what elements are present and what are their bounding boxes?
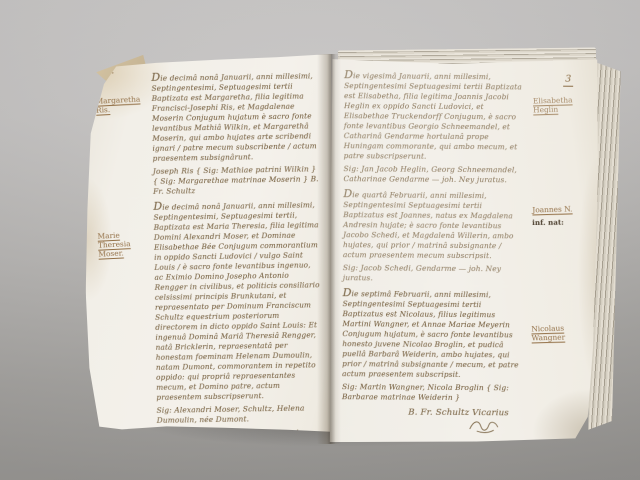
margin-note: Nicolaus Wangner	[531, 323, 589, 343]
margin-note: Marie Theresia Moser.	[97, 229, 154, 259]
entry-body-column: Die quartâ Februarii, anni millesimi, Se…	[343, 189, 529, 289]
photograph-of-manuscript-book: 2. Margaretha Ris. Die decimâ nonâ Janua…	[0, 0, 640, 480]
entry-body: Die vigesimâ Januarii, anni millesimi, S…	[344, 70, 526, 162]
left-page: 2. Margaretha Ris. Die decimâ nonâ Janua…	[81, 54, 337, 436]
baptism-entry-nicolaus-wangner: Die septimâ Februarii, anni millesimi, S…	[342, 288, 590, 437]
signature-line: Sig: Jan Jacob Heglin, Georg Schneemande…	[343, 164, 524, 185]
signature-line: Joseph Ris { Sig: Mathiae patrini Wilkin…	[153, 164, 319, 197]
signature-line: Sig: Martin Wangner, Nicola Broglin { Si…	[342, 382, 523, 403]
entry-body-column: Die septimâ Februarii, anni millesimi, S…	[342, 288, 528, 436]
margin-note: Margaretha Ris.	[95, 94, 152, 115]
entry-body: Die decimâ nonâ Januarii, anni millesimi…	[153, 199, 322, 403]
outer-margin-left: Margaretha Ris.	[95, 73, 153, 203]
outer-margin-right: Joannes N. inf. nat:	[528, 190, 591, 289]
entry-body-column: Die decimâ nonâ Januarii, anni millesimi…	[151, 70, 323, 202]
outer-margin-left: Marie Theresia Moser.	[97, 202, 157, 458]
entry-body: Die septimâ Februarii, anni millesimi, S…	[342, 288, 524, 380]
outer-margin-right: Nicolaus Wangner	[527, 289, 590, 436]
signature-line: Sig: Jacob Schedi, Gendarme — joh. Ney j…	[343, 263, 524, 284]
margin-annotation-dark-ink: inf. nat:	[532, 217, 590, 227]
entry-body-column: Die vigesimâ Januarii, anni millesimi, S…	[343, 70, 529, 190]
right-page: 3 Die vigesimâ Januarii, anni millesimi,…	[330, 56, 600, 444]
outer-margin-right: Elisabetha Heglin	[528, 71, 591, 190]
baptism-entry-joannes: Die quartâ Februarii, anni millesimi, Se…	[343, 189, 591, 290]
entry-body-column: Die decimâ nonâ Januarii, anni millesimi…	[153, 199, 327, 457]
margin-note: Elisabetha Heglin	[533, 95, 591, 115]
baptism-entry-elisabetha-heglin: Die vigesimâ Januarii, anni millesimi, S…	[343, 70, 591, 191]
signature-line: Sig: Alexandri Moser, Schultz, Helena Du…	[157, 403, 323, 426]
entry-body: Die decimâ nonâ Januarii, anni millesimi…	[151, 70, 318, 164]
margin-note: Joannes N.	[532, 204, 590, 215]
entry-body: Die quartâ Februarii, anni millesimi, Se…	[343, 189, 524, 261]
baptism-entry-margaretha-ris: Margaretha Ris. Die decimâ nonâ Januarii…	[95, 70, 323, 203]
baptism-entry-maria-theresia-moser: Marie Theresia Moser. Die decimâ nonâ Ja…	[97, 199, 327, 458]
signature-flourish-icon	[467, 418, 501, 434]
vicar-countersignature: B. Fr. Schultz Vicarius	[342, 407, 523, 418]
